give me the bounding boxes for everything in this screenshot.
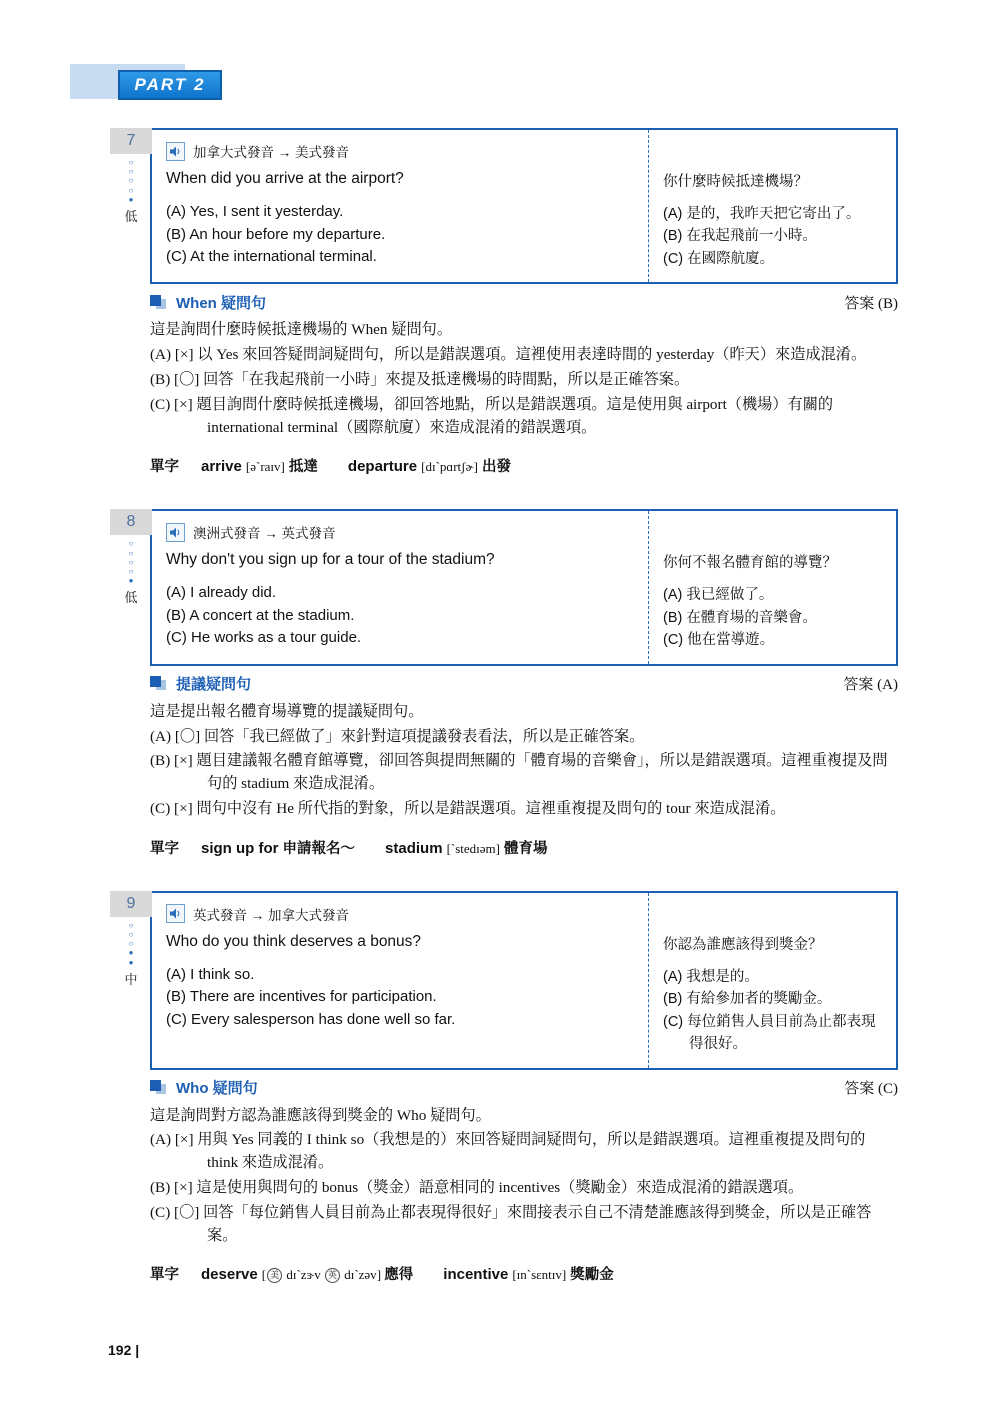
section-squares-icon [150,1080,168,1095]
pron-us: dɪ`zɝv [286,1267,320,1282]
page-content: 7 ○ ○ ○ ○ ● 低 加拿大式發音 → 美式發音 When did you… [150,128,898,1317]
vocab-word: departure [348,458,417,475]
explanation-intro: 這是詢問什麼時候抵達機場的 When 疑問句。 [150,319,898,342]
analysis-a: (A) [〇] 回答「我已經做了」來針對這項提議發表看法，所以是正確答案。 [150,726,898,749]
question-box: 英式發音 → 加拿大式發音 Who do you think deserves … [150,891,898,1070]
question-text-zh: 你認為誰應該得到獎金？ [663,933,884,954]
vocab-meaning: 抵達 [289,459,318,475]
question-block-7: 7 ○ ○ ○ ○ ● 低 加拿大式發音 → 美式發音 When did you… [150,128,898,476]
vocab-item: deserve [美 dɪ`zɝv 英 dɪ`zəv] 應得 [201,1263,413,1284]
vocab-word: incentive [443,1266,508,1283]
difficulty-dots-icon: ○ ○ ○ ● ● [110,921,152,967]
audio-icon [166,904,185,923]
analysis-c: (C) [×] 題目詢問什麼時候抵達機場，卻回答地點，所以是錯誤選項。這是使用與… [150,394,898,440]
option-zh-a: (A) 我想是的。 [663,966,884,988]
vocab-item: incentive [ɪn`sɛntɪv] 獎勵金 [443,1263,613,1284]
option-en-c: (C) He works as a tour guide. [166,627,642,650]
part-badge-label: PART 2 [135,75,206,95]
explanation-intro: 這是提出報名體育場導覽的提議疑問句。 [150,701,898,724]
pron-uk: dɪ`zəv [344,1267,376,1282]
answer-label: 答案 (A) [843,673,898,694]
vocab-meaning: 申請報名～ [283,841,356,857]
option-en-b: (B) There are incentives for participati… [166,986,642,1009]
section-title: When 疑問句 [176,292,266,313]
options-zh: (A) 是的，我昨天把它寄出了。 (B) 在我起飛前一小時。 (C) 在國際航廈… [663,203,884,270]
vocab-meaning: 出發 [482,459,511,475]
section-squares-icon [150,676,168,691]
question-english-panel: 英式發音 → 加拿大式發音 Who do you think deserves … [152,893,648,1068]
vocab-word: sign up for [201,840,279,857]
option-en-c: (C) At the international terminal. [166,246,642,269]
accent-label: 英式發音 → 加拿大式發音 [193,904,349,924]
section-header: 提議疑問句 [150,673,251,694]
vocab-label: 單字 [150,455,179,476]
difficulty-label: 中 [110,969,152,988]
difficulty-dots-icon: ○ ○ ○ ○ ● [110,539,152,585]
analysis-b: (B) [〇] 回答「在我起飛前一小時」來提及抵達機場的時間點，所以是正確答案。 [150,369,898,392]
question-side-column: 9 ○ ○ ○ ● ● 中 [110,891,152,988]
question-text-en: When did you arrive at the airport? [166,170,642,188]
option-zh-c: (C) 他在當導遊。 [663,629,884,651]
difficulty-dots-icon: ○ ○ ○ ○ ● [110,158,152,204]
question-english-panel: 澳洲式發音 → 英式發音 Why don't you sign up for a… [152,511,648,663]
options-en: (A) Yes, I sent it yesterday. (B) An hou… [166,201,642,269]
vocab-meaning: 體育場 [504,841,548,857]
option-zh-c: (C) 在國際航廈。 [663,248,884,270]
option-en-b: (B) An hour before my departure. [166,224,642,247]
option-zh-a: (A) 是的，我昨天把它寄出了。 [663,203,884,225]
question-box: 加拿大式發音 → 美式發音 When did you arrive at the… [150,128,898,284]
vocab-word: stadium [385,840,443,857]
answer-label: 答案 (B) [844,292,898,313]
vocab-pron: [美 dɪ`zɝv 英 dɪ`zəv] [262,1267,385,1282]
vocab-pron: [`stedɪəm] [447,841,500,856]
difficulty-label: 低 [110,587,152,606]
pron-open-bracket: [ [262,1267,266,1282]
section-squares-icon [150,295,168,310]
question-text-zh: 你什麼時候抵達機場？ [663,170,884,191]
option-zh-a: (A) 我已經做了。 [663,584,884,606]
options-zh: (A) 我已經做了。 (B) 在體育場的音樂會。 (C) 他在當導遊。 [663,584,884,651]
explanation-intro: 這是詢問對方認為誰應該得到獎金的 Who 疑問句。 [150,1105,898,1128]
section-row: Who 疑問句 答案 (C) [150,1078,898,1098]
question-side-column: 8 ○ ○ ○ ○ ● 低 [110,509,152,606]
part-header: PART 2 [70,63,310,103]
section-row: 提議疑問句 答案 (A) [150,674,898,694]
part-badge: PART 2 [118,70,222,100]
accent-row: 加拿大式發音 → 美式發音 [166,142,642,160]
question-chinese-panel: 你何不報名體育館的導覽？ (A) 我已經做了。 (B) 在體育場的音樂會。 (C… [648,511,896,663]
question-number: 7 [110,128,152,154]
vocab-meaning: 獎勵金 [570,1267,614,1283]
section-row: When 疑問句 答案 (B) [150,292,898,312]
accent-label: 加拿大式發音 → 美式發音 [193,141,349,161]
options-zh: (A) 我想是的。 (B) 有給參加者的獎勵金。 (C) 每位銷售人員目前為止都… [663,966,884,1056]
vocab-pron: [ɪn`sɛntɪv] [512,1267,566,1282]
question-chinese-panel: 你認為誰應該得到獎金？ (A) 我想是的。 (B) 有給參加者的獎勵金。 (C)… [648,893,896,1068]
answer-label: 答案 (C) [844,1077,898,1098]
option-en-a: (A) I already did. [166,582,642,605]
us-accent-icon: 美 [267,1268,282,1283]
question-block-9: 9 ○ ○ ○ ● ● 中 英式發音 → 加拿大式發音 Who do you t… [150,891,898,1285]
vocab-item: stadium [`stedɪəm] 體育場 [385,837,548,858]
option-en-a: (A) Yes, I sent it yesterday. [166,201,642,224]
vocab-row: 單字 arrive [ə`raɪv] 抵達 departure [dɪ`pɑrt… [150,455,898,476]
section-header: Who 疑問句 [150,1077,258,1098]
book-page: PART 2 7 ○ ○ ○ ○ ● 低 加拿大式發音 → 美式發音 Whe [0,0,1000,1415]
question-text-zh: 你何不報名體育館的導覽？ [663,551,884,572]
analysis-c: (C) [〇] 回答「每位銷售人員目前為止都表現得很好」來間接表示自己不清楚誰應… [150,1202,898,1248]
vocab-word: arrive [201,458,242,475]
section-header: When 疑問句 [150,292,266,313]
section-title: Who 疑問句 [176,1077,258,1098]
analysis-a: (A) [×] 用與 Yes 同義的 I think so（我想是的）來回答疑問… [150,1129,898,1175]
question-block-8: 8 ○ ○ ○ ○ ● 低 澳洲式發音 → 英式發音 Why don't you… [150,509,898,857]
vocab-word: deserve [201,1266,258,1283]
option-en-c: (C) Every salesperson has done well so f… [166,1009,642,1032]
option-zh-b: (B) 在體育場的音樂會。 [663,607,884,629]
uk-accent-icon: 英 [325,1268,340,1283]
question-side-column: 7 ○ ○ ○ ○ ● 低 [110,128,152,225]
vocab-meaning: 應得 [384,1267,413,1283]
vocab-pron: [ə`raɪv] [246,459,285,474]
options-en: (A) I already did. (B) A concert at the … [166,582,642,650]
accent-label: 澳洲式發音 → 英式發音 [193,522,336,542]
audio-icon [166,142,185,161]
question-number: 8 [110,509,152,535]
vocab-row: 單字 sign up for 申請報名～ stadium [`stedɪəm] … [150,837,898,858]
pron-close-bracket: ] [377,1267,381,1282]
question-chinese-panel: 你什麼時候抵達機場？ (A) 是的，我昨天把它寄出了。 (B) 在我起飛前一小時… [648,130,896,282]
options-en: (A) I think so. (B) There are incentives… [166,964,642,1032]
question-box: 澳洲式發音 → 英式發音 Why don't you sign up for a… [150,509,898,665]
question-number: 9 [110,891,152,917]
accent-row: 澳洲式發音 → 英式發音 [166,523,642,541]
analysis-c: (C) [×] 問句中沒有 He 所代指的對象，所以是錯誤選項。這裡重複提及問句… [150,798,898,821]
analysis-b: (B) [×] 題目建議報名體育館導覽，卻回答與提問無關的「體育場的音樂會」，所… [150,750,898,796]
difficulty-label: 低 [110,206,152,225]
analysis-a: (A) [×] 以 Yes 來回答疑問詞疑問句，所以是錯誤選項。這裡使用表達時間… [150,344,898,367]
vocab-label: 單字 [150,1263,179,1284]
analysis-b: (B) [×] 這是使用與問句的 bonus（獎金）語意相同的 incentiv… [150,1177,898,1200]
accent-row: 英式發音 → 加拿大式發音 [166,905,642,923]
option-en-b: (B) A concert at the stadium. [166,605,642,628]
option-en-a: (A) I think so. [166,964,642,987]
option-zh-b: (B) 有給參加者的獎勵金。 [663,988,884,1010]
page-number: 192 | [108,1342,139,1358]
section-title: 提議疑問句 [176,673,251,694]
vocab-item: arrive [ə`raɪv] 抵達 [201,455,318,476]
vocab-pron: [dɪ`pɑrtʃɚ] [421,459,478,474]
vocab-label: 單字 [150,837,179,858]
vocab-item: sign up for 申請報名～ [201,837,355,858]
question-english-panel: 加拿大式發音 → 美式發音 When did you arrive at the… [152,130,648,282]
audio-icon [166,523,185,542]
question-text-en: Why don't you sign up for a tour of the … [166,551,642,569]
option-zh-c: (C) 每位銷售人員目前為止都表現得很好。 [663,1011,884,1056]
vocab-item: departure [dɪ`pɑrtʃɚ] 出發 [348,455,511,476]
question-text-en: Who do you think deserves a bonus? [166,933,642,951]
vocab-row: 單字 deserve [美 dɪ`zɝv 英 dɪ`zəv] 應得 incent… [150,1263,898,1284]
option-zh-b: (B) 在我起飛前一小時。 [663,225,884,247]
